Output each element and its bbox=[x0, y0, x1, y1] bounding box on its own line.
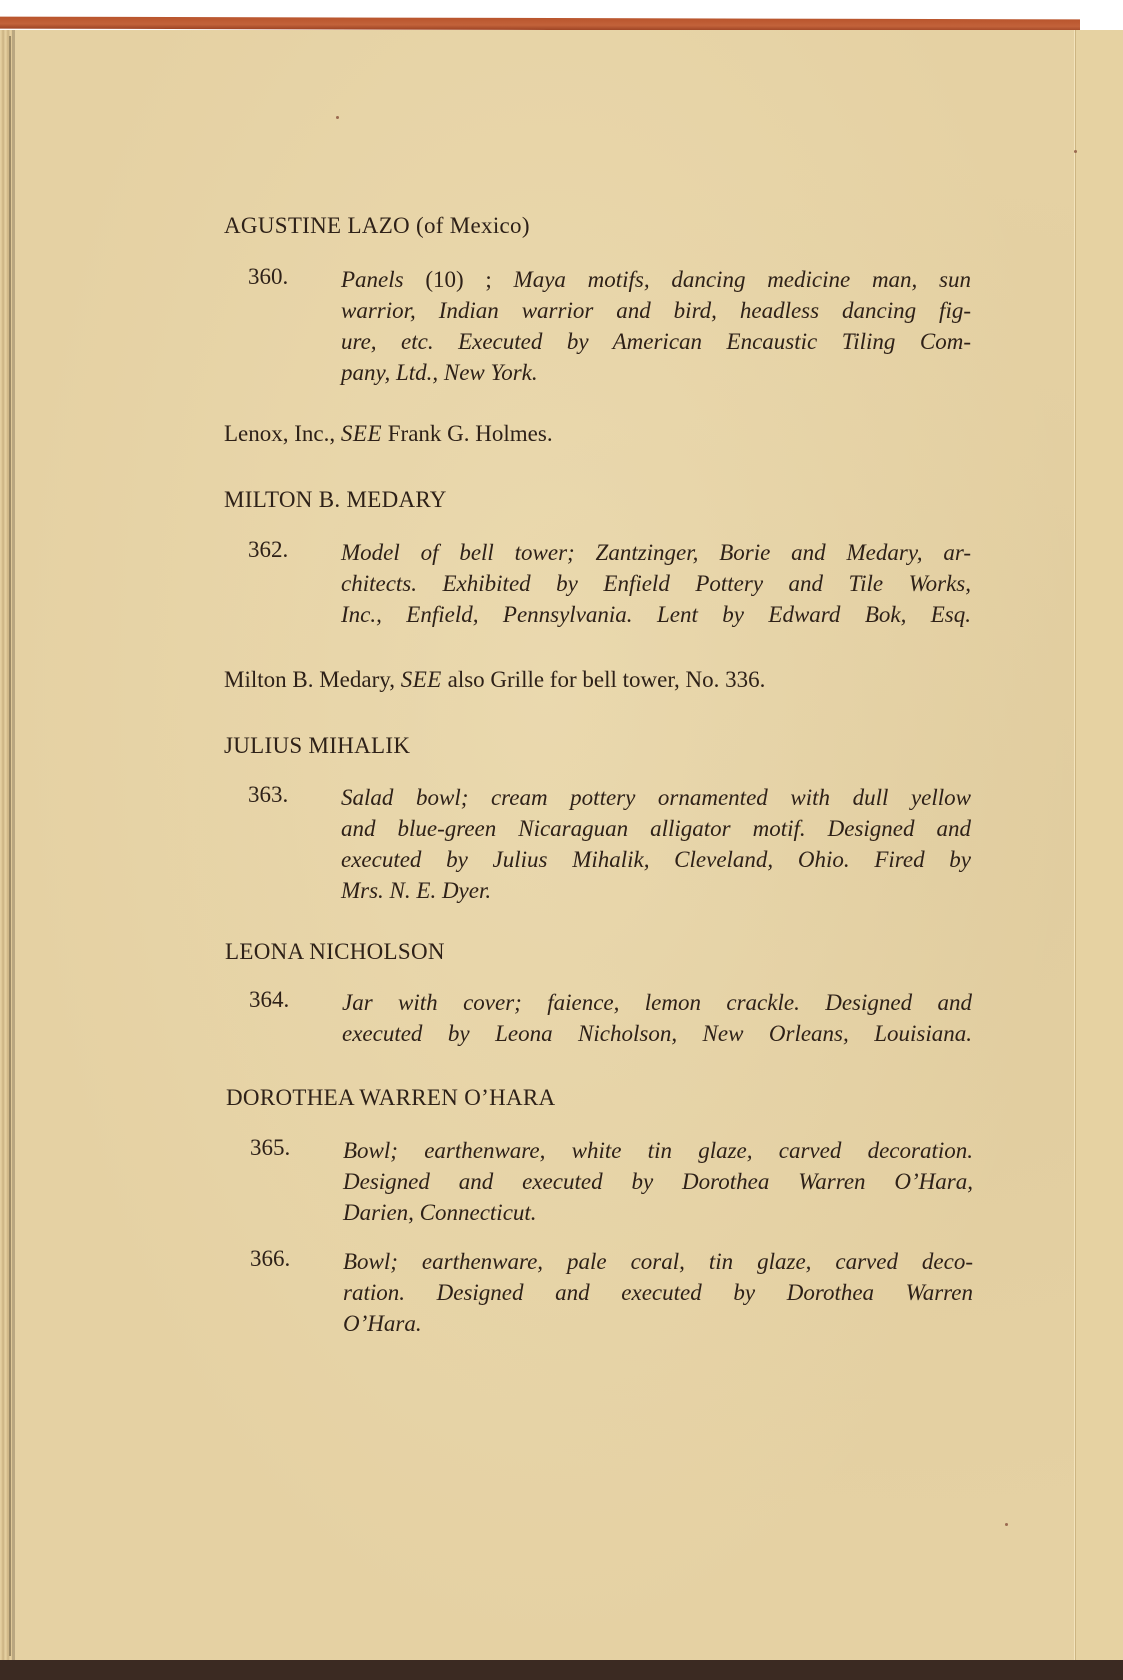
entry-number: 360. bbox=[248, 264, 288, 290]
entry-line: Bowl; earthenware, pale coral, tin glaze… bbox=[343, 1246, 973, 1277]
entry-line: chitects. Exhibited by Enfield Pottery a… bbox=[341, 568, 971, 599]
entry-line: Designed and executed by Dorothea Warren… bbox=[343, 1166, 973, 1197]
entry-line: executed by Leona Nicholson, New Orleans… bbox=[342, 1018, 972, 1049]
entry-description: Panels (10) ; Maya motifs, dancing medic… bbox=[341, 264, 971, 388]
entry-line: Jar with cover; faience, lemon crackle. … bbox=[342, 987, 972, 1018]
entry-description: Model of bell tower; Zantzinger, Borie a… bbox=[341, 537, 971, 630]
entry-line: O’Hara. bbox=[343, 1308, 973, 1339]
paper-speck bbox=[1005, 1523, 1008, 1526]
entry-line: Salad bowl; cream pottery ornamented wit… bbox=[341, 782, 971, 813]
artist-heading: MILTON B. MEDARY bbox=[224, 487, 447, 513]
entry-description: Jar with cover; faience, lemon crackle. … bbox=[342, 987, 972, 1049]
entry-line: Bowl; earthenware, white tin glaze, carv… bbox=[343, 1135, 973, 1166]
entry-line: Darien, Connecticut. bbox=[343, 1197, 973, 1228]
entry-line: executed by Julius Mihalik, Cleveland, O… bbox=[341, 844, 971, 875]
entry-line: ration. Designed and executed by Dorothe… bbox=[343, 1277, 973, 1308]
entry-number: 364. bbox=[249, 987, 289, 1013]
entry-number: 366. bbox=[250, 1246, 290, 1272]
entry-number: 363. bbox=[248, 782, 288, 808]
entry-line: warrior, Indian warrior and bird, headle… bbox=[341, 295, 971, 326]
paper-speck bbox=[336, 116, 339, 119]
book-bottom-shadow bbox=[0, 1660, 1123, 1680]
entry-line: Panels (10) ; Maya motifs, dancing medic… bbox=[341, 264, 971, 295]
paper-speck bbox=[1074, 150, 1077, 153]
cross-reference: Milton B. Medary, SEE also Grille for be… bbox=[224, 667, 765, 693]
entry-number: 365. bbox=[250, 1135, 290, 1161]
cross-reference: Lenox, Inc., SEE Frank G. Holmes. bbox=[224, 421, 553, 447]
entry-description: Bowl; earthenware, white tin glaze, carv… bbox=[343, 1135, 973, 1228]
artist-heading: AGUSTINE LAZO (of Mexico) bbox=[224, 213, 530, 239]
entry-line: pany, Ltd., New York. bbox=[341, 357, 971, 388]
entry-description: Bowl; earthenware, pale coral, tin glaze… bbox=[343, 1246, 973, 1339]
artist-heading: LEONA NICHOLSON bbox=[225, 939, 445, 965]
page-stack-line bbox=[9, 36, 11, 1656]
entry-description: Salad bowl; cream pottery ornamented wit… bbox=[341, 782, 971, 906]
entry-number: 362. bbox=[248, 537, 288, 563]
entry-line: and blue-green Nicaraguan alligator moti… bbox=[341, 813, 971, 844]
entry-line: Model of bell tower; Zantzinger, Borie a… bbox=[341, 537, 971, 568]
artist-heading: JULIUS MIHALIK bbox=[224, 733, 410, 759]
entry-line: Inc., Enfield, Pennsylvania. Lent by Edw… bbox=[341, 599, 971, 630]
entry-line: ure, etc. Executed by American Encaustic… bbox=[341, 326, 971, 357]
entry-line: Mrs. N. E. Dyer. bbox=[341, 875, 971, 906]
page-left-edge bbox=[12, 30, 15, 1662]
right-page-fold bbox=[1075, 30, 1123, 1662]
artist-heading: DOROTHEA WARREN O’HARA bbox=[226, 1085, 555, 1111]
